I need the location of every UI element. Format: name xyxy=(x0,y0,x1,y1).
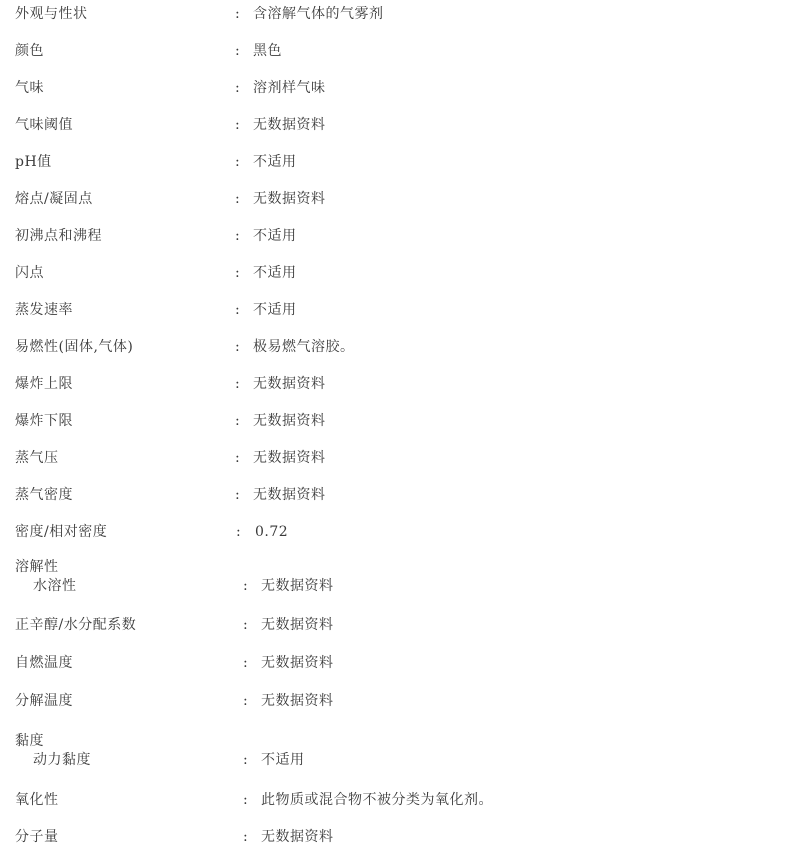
property-value: 无数据资料 xyxy=(261,827,334,847)
colon-separator: : xyxy=(235,41,240,61)
property-value: 无数据资料 xyxy=(253,448,326,468)
property-row-water-solubility: 水溶性 : 无数据资料 xyxy=(0,576,790,596)
property-row-partition-coefficient: 正辛醇/水分配系数 : 无数据资料 xyxy=(0,615,790,635)
property-label: 初沸点和沸程 xyxy=(15,226,102,246)
property-value: 无数据资料 xyxy=(261,653,334,673)
property-label: 正辛醇/水分配系数 xyxy=(15,615,136,635)
property-row-ph: pH值 : 不适用 xyxy=(0,152,790,172)
property-row-decomposition-temperature: 分解温度 : 无数据资料 xyxy=(0,691,790,711)
colon-separator: : xyxy=(235,4,240,24)
property-row-density: 密度/相对密度 : 0.72 xyxy=(0,522,790,542)
property-value: 无数据资料 xyxy=(253,411,326,431)
property-value: 此物质或混合物不被分类为氧化剂。 xyxy=(261,790,493,810)
property-value: 0.72 xyxy=(255,522,288,542)
property-value: 无数据资料 xyxy=(261,576,334,596)
property-value: 无数据资料 xyxy=(253,115,326,135)
property-row-autoignition-temperature: 自燃温度 : 无数据资料 xyxy=(0,653,790,673)
property-row-flash-point: 闪点 : 不适用 xyxy=(0,263,790,283)
property-row-evaporation-rate: 蒸发速率 : 不适用 xyxy=(0,300,790,320)
colon-separator: : xyxy=(235,115,240,135)
group-heading-viscosity: 黏度 xyxy=(0,731,790,751)
property-value: 无数据资料 xyxy=(261,691,334,711)
colon-separator: : xyxy=(235,300,240,320)
property-value: 不适用 xyxy=(253,152,297,172)
property-label: 蒸气压 xyxy=(15,448,59,468)
colon-separator: : xyxy=(235,78,240,98)
property-label: 熔点/凝固点 xyxy=(15,189,93,209)
colon-separator: : xyxy=(235,226,240,246)
property-row-molecular-weight: 分子量 : 无数据资料 xyxy=(0,827,790,847)
property-label: 外观与性状 xyxy=(15,4,88,24)
colon-separator: : xyxy=(243,615,248,635)
colon-separator: : xyxy=(243,576,248,596)
property-value: 不适用 xyxy=(253,263,297,283)
colon-separator: : xyxy=(243,750,248,770)
property-label: 易燃性(固体,气体) xyxy=(15,337,133,357)
property-label: 气味 xyxy=(15,78,44,98)
colon-separator: : xyxy=(235,337,240,357)
property-label: 爆炸下限 xyxy=(15,411,73,431)
property-row-dynamic-viscosity: 动力黏度 : 不适用 xyxy=(0,750,790,770)
property-value: 无数据资料 xyxy=(253,374,326,394)
property-label: 密度/相对密度 xyxy=(15,522,107,542)
colon-separator: : xyxy=(235,189,240,209)
property-row-lower-explosion-limit: 爆炸下限 : 无数据资料 xyxy=(0,411,790,431)
property-row-color: 颜色 : 黑色 xyxy=(0,41,790,61)
colon-separator: : xyxy=(235,485,240,505)
group-label: 溶解性 xyxy=(15,557,59,577)
property-row-odor-threshold: 气味阈值 : 无数据资料 xyxy=(0,115,790,135)
property-row-melting-point: 熔点/凝固点 : 无数据资料 xyxy=(0,189,790,209)
property-sub-label: 水溶性 xyxy=(33,576,77,596)
property-row-upper-explosion-limit: 爆炸上限 : 无数据资料 xyxy=(0,374,790,394)
property-value: 不适用 xyxy=(261,750,305,770)
property-row-vapor-density: 蒸气密度 : 无数据资料 xyxy=(0,485,790,505)
property-label: 闪点 xyxy=(15,263,44,283)
property-label: 自燃温度 xyxy=(15,653,73,673)
property-value: 不适用 xyxy=(253,300,297,320)
property-label: 颜色 xyxy=(15,41,44,61)
property-sub-label: 动力黏度 xyxy=(33,750,91,770)
colon-separator: : xyxy=(243,827,248,847)
property-value: 黑色 xyxy=(253,41,282,61)
property-row-flammability: 易燃性(固体,气体) : 极易燃气溶胶。 xyxy=(0,337,790,357)
property-label: 氧化性 xyxy=(15,790,59,810)
property-value: 含溶解气体的气雾剂 xyxy=(253,4,384,24)
colon-separator: : xyxy=(235,411,240,431)
property-value: 无数据资料 xyxy=(253,189,326,209)
property-row-odor: 气味 : 溶剂样气味 xyxy=(0,78,790,98)
colon-separator: : xyxy=(243,653,248,673)
colon-separator: : xyxy=(243,691,248,711)
property-label: 分子量 xyxy=(15,827,59,847)
colon-separator: : xyxy=(235,152,240,172)
colon-separator: : xyxy=(235,263,240,283)
property-label: 蒸发速率 xyxy=(15,300,73,320)
property-label: 蒸气密度 xyxy=(15,485,73,505)
property-label: 气味阈值 xyxy=(15,115,73,135)
property-label: 分解温度 xyxy=(15,691,73,711)
colon-separator: : xyxy=(236,522,241,542)
property-value: 不适用 xyxy=(253,226,297,246)
property-row-vapor-pressure: 蒸气压 : 无数据资料 xyxy=(0,448,790,468)
property-row-appearance: 外观与性状 : 含溶解气体的气雾剂 xyxy=(0,4,790,24)
colon-separator: : xyxy=(243,790,248,810)
colon-separator: : xyxy=(235,448,240,468)
property-label: 爆炸上限 xyxy=(15,374,73,394)
property-label: pH值 xyxy=(15,152,52,172)
group-label: 黏度 xyxy=(15,731,44,751)
property-value: 无数据资料 xyxy=(253,485,326,505)
group-heading-solubility: 溶解性 xyxy=(0,557,790,577)
colon-separator: : xyxy=(235,374,240,394)
property-row-boiling-point: 初沸点和沸程 : 不适用 xyxy=(0,226,790,246)
property-value: 无数据资料 xyxy=(261,615,334,635)
property-row-oxidizing: 氧化性 : 此物质或混合物不被分类为氧化剂。 xyxy=(0,790,790,810)
property-value: 极易燃气溶胶。 xyxy=(253,337,355,357)
property-value: 溶剂样气味 xyxy=(253,78,326,98)
